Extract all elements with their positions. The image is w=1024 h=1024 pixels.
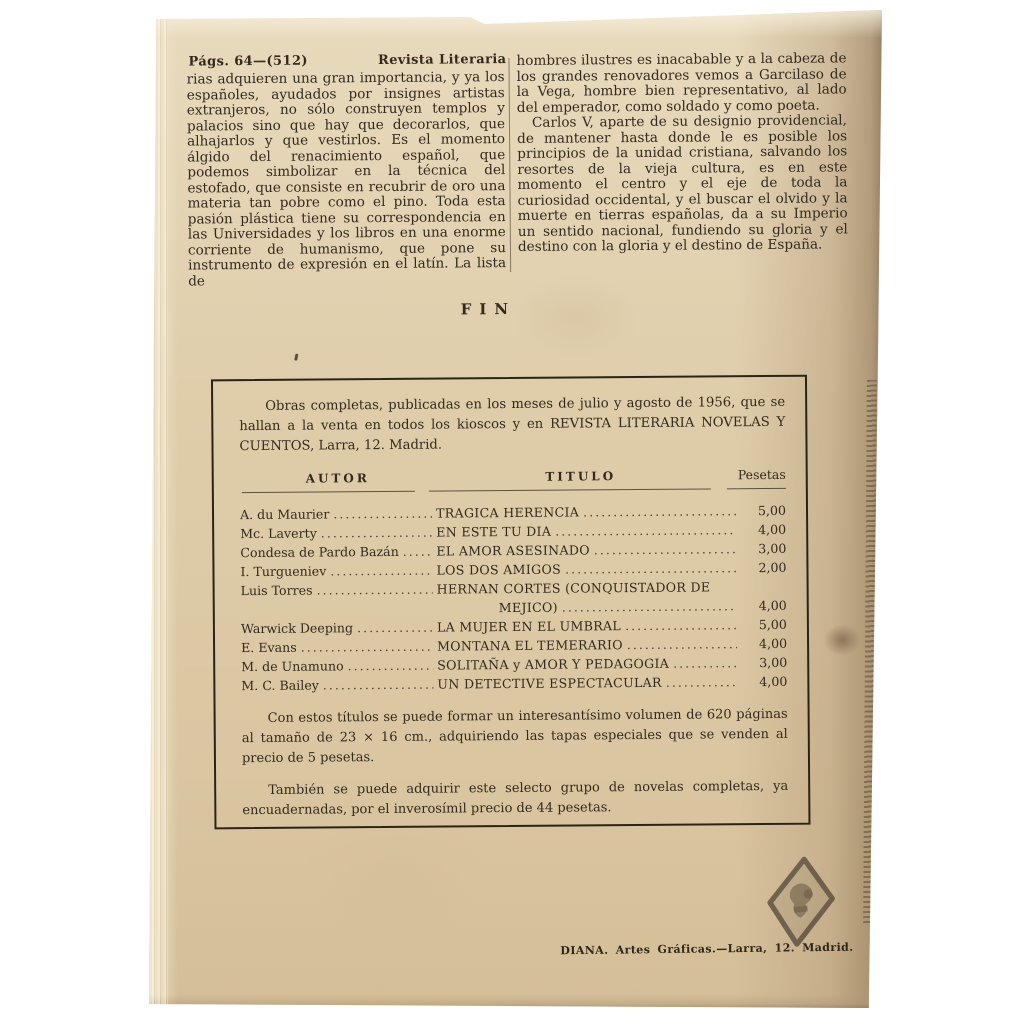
book-title: LOS DOS AMIGOS — [436, 560, 561, 580]
book-price: 4,00 — [741, 672, 787, 691]
ink-speck — [294, 353, 298, 360]
book-price: 4,00 — [741, 634, 787, 653]
dot-leader — [583, 501, 736, 521]
book-price: 5,00 — [740, 501, 786, 520]
magazine-title: Revista Literaria — [378, 52, 507, 68]
book-price: 5,00 — [741, 615, 787, 634]
dot-leader — [323, 675, 434, 695]
column-divider-rule — [508, 58, 511, 272]
author-name: A. du Maurier — [240, 504, 329, 524]
book-price: 3,00 — [740, 539, 786, 558]
end-of-article-mark: FIN — [188, 298, 788, 321]
dot-leader — [555, 520, 736, 540]
dot-leader — [666, 672, 738, 692]
column-header-author: AUTOR — [240, 471, 436, 487]
book-title: EN ESTE TU DIA — [436, 522, 551, 542]
dot-leader — [333, 504, 432, 524]
author-name: M. de Unamuno — [241, 656, 344, 676]
author-name: Condesa de Pardo Bazán — [240, 542, 399, 562]
author-name: Mc. Laverty — [240, 524, 317, 544]
column-header-price: Pesetas — [726, 467, 786, 482]
page-number-label: Págs. 64—(512) — [188, 54, 308, 70]
book-price: 3,00 — [741, 653, 787, 672]
book-price: 4,00 — [740, 520, 786, 539]
dot-leader — [321, 523, 433, 543]
scanned-photo: Págs. 64—(512) Revista Literaria rias ad… — [0, 0, 1024, 1024]
underline-author — [242, 491, 415, 493]
book-title: UN DETECTIVE ESPECTACULAR — [437, 673, 662, 694]
ad-note-volume: Con estos títulos se puede formar un int… — [242, 705, 788, 769]
book-title: EL AMOR ASESINADO — [436, 540, 590, 560]
publisher-ad-box: Obras completas, publicadas en los meses… — [211, 375, 811, 830]
underline-price — [727, 488, 786, 489]
book-price: 4,00 — [741, 596, 787, 615]
dot-leader — [565, 558, 737, 578]
dot-leader — [625, 615, 737, 635]
book-title: SOLITAÑA y AMOR Y PEDAGOGIA — [437, 654, 669, 675]
book-title: MONTANA EL TEMERARIO — [437, 635, 623, 655]
column-header-title: TITULO — [436, 468, 726, 484]
author-name: E. Evans — [241, 638, 297, 657]
book-price: 2,00 — [740, 558, 786, 577]
book-title: TRAGICA HERENCIA — [436, 502, 579, 522]
right-column-paragraph-1: hombres ilustres es inacabable y a la ca… — [516, 51, 846, 116]
dot-leader — [348, 656, 434, 676]
dot-leader — [316, 580, 432, 600]
right-column-paragraph-2: Carlos V, aparte de su designio providen… — [517, 113, 848, 255]
underline-title — [429, 488, 711, 491]
page-header: Págs. 64—(512) Revista Literaria — [188, 52, 506, 69]
printer-stamp-icon — [763, 854, 839, 949]
dot-leader — [330, 561, 432, 581]
book-title: MEJICO) — [499, 598, 558, 617]
author-name: I. Turgueniev — [240, 561, 326, 581]
ad-table-header: AUTOR TITULO Pesetas — [240, 467, 786, 486]
book-title: LA MUJER EN EL UMBRAL — [437, 616, 621, 636]
dot-leader — [673, 653, 737, 673]
dot-leader — [357, 618, 433, 638]
dot-leader — [627, 634, 737, 654]
dot-leader — [562, 596, 737, 616]
dot-leader — [594, 539, 737, 559]
author-name: M. C. Bailey — [241, 676, 319, 696]
author-name: Warwick Deeping — [241, 618, 353, 638]
dot-leader — [301, 637, 434, 657]
ad-intro-text: Obras completas, publicadas en los meses… — [239, 393, 785, 457]
magazine-page: Págs. 64—(512) Revista Literaria rias ad… — [146, 8, 882, 1010]
header-underlines — [240, 488, 786, 493]
page-content: Págs. 64—(512) Revista Literaria rias ad… — [142, 5, 886, 1013]
article-left-column: rias adquieren una gran importancia, y y… — [187, 70, 507, 289]
dot-leader — [403, 542, 433, 561]
ad-note-binding: También se puede adquirir este selecto g… — [242, 777, 788, 821]
printer-imprint: DIANA. Artes Gráficas.—Larra, 12. Madrid… — [539, 941, 853, 958]
author-name: Luis Torres — [241, 581, 313, 601]
book-title: HERNAN CORTES (CONQUISTADOR DE — [437, 577, 711, 598]
table-row: M. C. Bailey UN DETECTIVE ESPECTACULAR 4… — [241, 672, 787, 695]
article-right-column: hombres ilustres es inacabable y a la ca… — [516, 51, 848, 255]
book-list: A. du Maurier TRAGICA HERENCIA 5,00 Mc. … — [240, 501, 787, 695]
